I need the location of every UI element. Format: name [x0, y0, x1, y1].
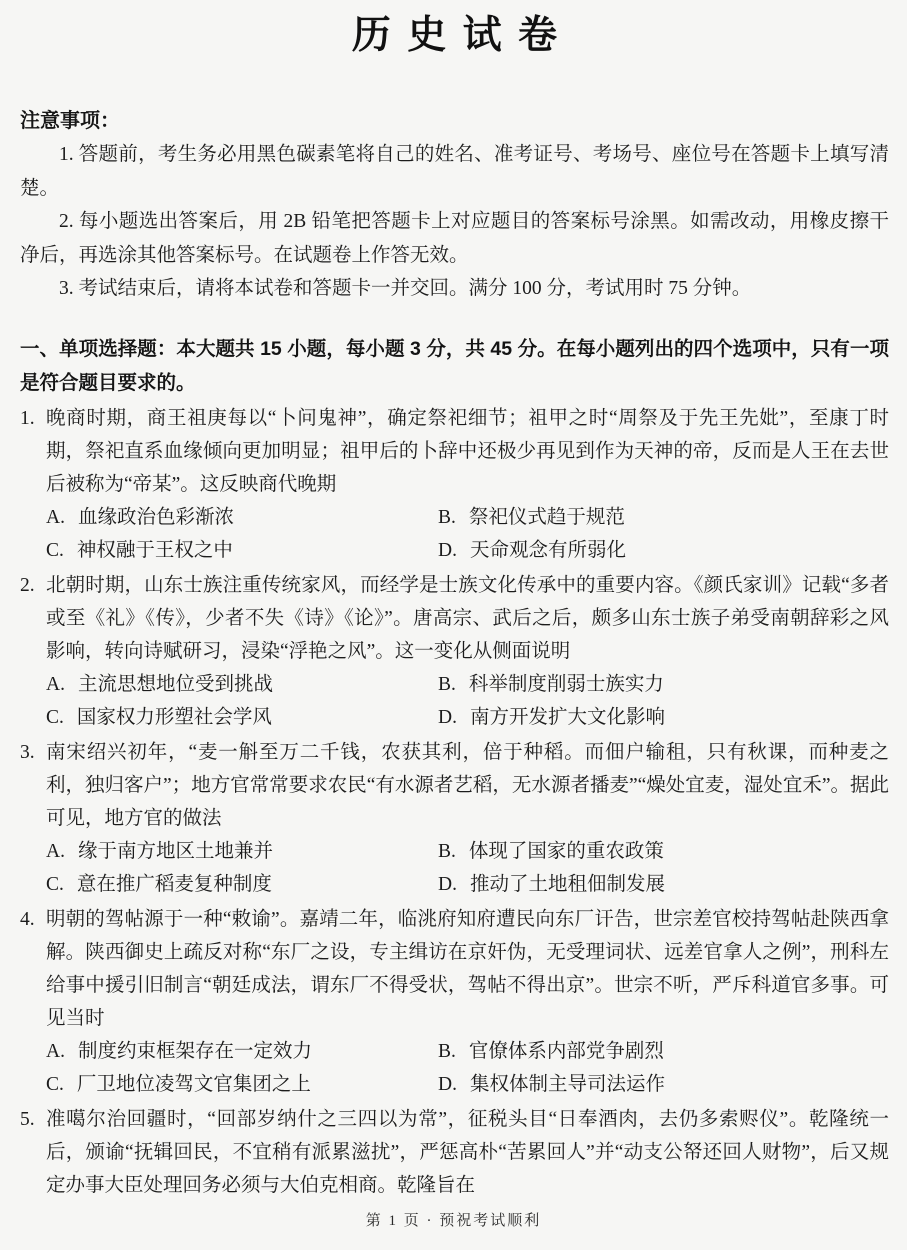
- option-label: C.: [46, 707, 64, 728]
- question-stem: 准噶尔治回疆时，“回部岁纳什之三四以为常”，征税头目“日奉酒肉，去仍多索赆仪”。…: [46, 1109, 889, 1196]
- question-4: 4. 明朝的驾帖源于一种“敕谕”。嘉靖二年，临洮府知府遭民向东厂讦告，世宗差官校…: [20, 903, 889, 1101]
- question-stem: 南宋绍兴初年，“麦一斛至万二千钱，农获其利，倍于种稻。而佃户输租，只有秋课，而种…: [46, 742, 889, 829]
- option-text: 科举制度削弱士族实力: [469, 674, 664, 695]
- option-text: 推动了土地租佃制发展: [470, 874, 665, 895]
- page-footer: 第 1 页 · 预祝考试顺利: [0, 1209, 907, 1230]
- option-c: C.厂卫地位凌驾文官集团之上: [46, 1068, 438, 1101]
- question-number: 3.: [20, 736, 35, 769]
- option-c: C.神权融于王权之中: [46, 534, 438, 567]
- options-grid: A.缘于南方地区土地兼并 B.体现了国家的重农政策 C.意在推广稻麦复种制度 D…: [46, 835, 889, 901]
- option-label: B.: [438, 1041, 456, 1062]
- option-a: A.血缘政治色彩渐浓: [46, 501, 438, 534]
- question-5: 5. 准噶尔治回疆时，“回部岁纳什之三四以为常”，征税头目“日奉酒肉，去仍多索赆…: [20, 1103, 889, 1202]
- question-number: 5.: [20, 1103, 35, 1136]
- notice-section: 注意事项： 1. 答题前，考生务必用黑色碳素笔将自己的姓名、准考证号、考场号、座…: [20, 104, 889, 306]
- option-label: C.: [46, 540, 64, 561]
- option-text: 缘于南方地区土地兼并: [78, 841, 273, 862]
- option-a: A.制度约束框架存在一定效力: [46, 1035, 438, 1068]
- notice-heading: 注意事项：: [20, 104, 889, 138]
- option-text: 天命观念有所弱化: [470, 540, 626, 561]
- option-b: B.祭祀仪式趋于规范: [438, 501, 889, 534]
- option-label: D.: [438, 1074, 457, 1095]
- option-label: D.: [438, 707, 457, 728]
- option-label: D.: [438, 540, 457, 561]
- option-d: D.推动了土地租佃制发展: [438, 868, 889, 901]
- notice-item: 3. 考试结束后，请将本试卷和答题卡一并交回。满分 100 分，考试用时 75 …: [20, 272, 889, 306]
- option-text: 官僚体系内部党争剧烈: [469, 1041, 664, 1062]
- option-d: D.南方开发扩大文化影响: [438, 701, 889, 734]
- question-number: 4.: [20, 903, 35, 936]
- question-2: 2. 北朝时期，山东士族注重传统家风，而经学是士族文化传承中的重要内容。《颜氏家…: [20, 569, 889, 734]
- option-label: C.: [46, 874, 64, 895]
- options-grid: A.制度约束框架存在一定效力 B.官僚体系内部党争剧烈 C.厂卫地位凌驾文官集团…: [46, 1035, 889, 1101]
- option-d: D.集权体制主导司法运作: [438, 1068, 889, 1101]
- option-text: 祭祀仪式趋于规范: [469, 507, 625, 528]
- question-number: 1.: [20, 402, 35, 435]
- option-a: A.主流思想地位受到挑战: [46, 668, 438, 701]
- option-text: 主流思想地位受到挑战: [78, 674, 273, 695]
- option-label: A.: [46, 507, 65, 528]
- option-text: 意在推广稻麦复种制度: [77, 874, 272, 895]
- option-label: D.: [438, 874, 457, 895]
- option-label: A.: [46, 674, 65, 695]
- options-grid: A.血缘政治色彩渐浓 B.祭祀仪式趋于规范 C.神权融于王权之中 D.天命观念有…: [46, 501, 889, 567]
- options-grid: A.主流思想地位受到挑战 B.科举制度削弱士族实力 C.国家权力形塑社会学风 D…: [46, 668, 889, 734]
- option-label: A.: [46, 841, 65, 862]
- option-d: D.天命观念有所弱化: [438, 534, 889, 567]
- question-stem: 晚商时期，商王祖庚每以“卜问鬼神”，确定祭祀细节；祖甲之时“周祭及于先王先妣”，…: [46, 408, 889, 495]
- option-text: 厂卫地位凌驾文官集团之上: [77, 1074, 311, 1095]
- question-3: 3. 南宋绍兴初年，“麦一斛至万二千钱，农获其利，倍于种稻。而佃户输租，只有秋课…: [20, 736, 889, 901]
- option-b: B.体现了国家的重农政策: [438, 835, 889, 868]
- option-text: 南方开发扩大文化影响: [470, 707, 665, 728]
- option-text: 集权体制主导司法运作: [470, 1074, 665, 1095]
- option-label: B.: [438, 674, 456, 695]
- option-b: B.科举制度削弱士族实力: [438, 668, 889, 701]
- section-header: 一、单项选择题：本大题共 15 小题，每小题 3 分，共 45 分。在每小题列出…: [20, 332, 889, 400]
- option-label: A.: [46, 1041, 65, 1062]
- option-label: B.: [438, 841, 456, 862]
- option-c: C.意在推广稻麦复种制度: [46, 868, 438, 901]
- page-title: 历史试卷: [20, 10, 889, 62]
- notice-item: 2. 每小题选出答案后，用 2B 铅笔把答题卡上对应题目的答案标号涂黑。如需改动…: [20, 205, 889, 272]
- option-text: 神权融于王权之中: [77, 540, 233, 561]
- option-text: 血缘政治色彩渐浓: [78, 507, 234, 528]
- notice-item: 1. 答题前，考生务必用黑色碳素笔将自己的姓名、准考证号、考场号、座位号在答题卡…: [20, 138, 889, 205]
- question-stem: 明朝的驾帖源于一种“敕谕”。嘉靖二年，临洮府知府遭民向东厂讦告，世宗差官校持驾帖…: [46, 909, 889, 1029]
- option-text: 制度约束框架存在一定效力: [78, 1041, 312, 1062]
- option-label: C.: [46, 1074, 64, 1095]
- option-a: A.缘于南方地区土地兼并: [46, 835, 438, 868]
- option-c: C.国家权力形塑社会学风: [46, 701, 438, 734]
- option-text: 国家权力形塑社会学风: [77, 707, 272, 728]
- question-number: 2.: [20, 569, 35, 602]
- exam-page: 历史试卷 注意事项： 1. 答题前，考生务必用黑色碳素笔将自己的姓名、准考证号、…: [0, 0, 907, 1202]
- question-stem: 北朝时期，山东士族注重传统家风，而经学是士族文化传承中的重要内容。《颜氏家训》记…: [46, 575, 889, 662]
- option-text: 体现了国家的重农政策: [469, 841, 664, 862]
- option-b: B.官僚体系内部党争剧烈: [438, 1035, 889, 1068]
- question-1: 1. 晚商时期，商王祖庚每以“卜问鬼神”，确定祭祀细节；祖甲之时“周祭及于先王先…: [20, 402, 889, 567]
- option-label: B.: [438, 507, 456, 528]
